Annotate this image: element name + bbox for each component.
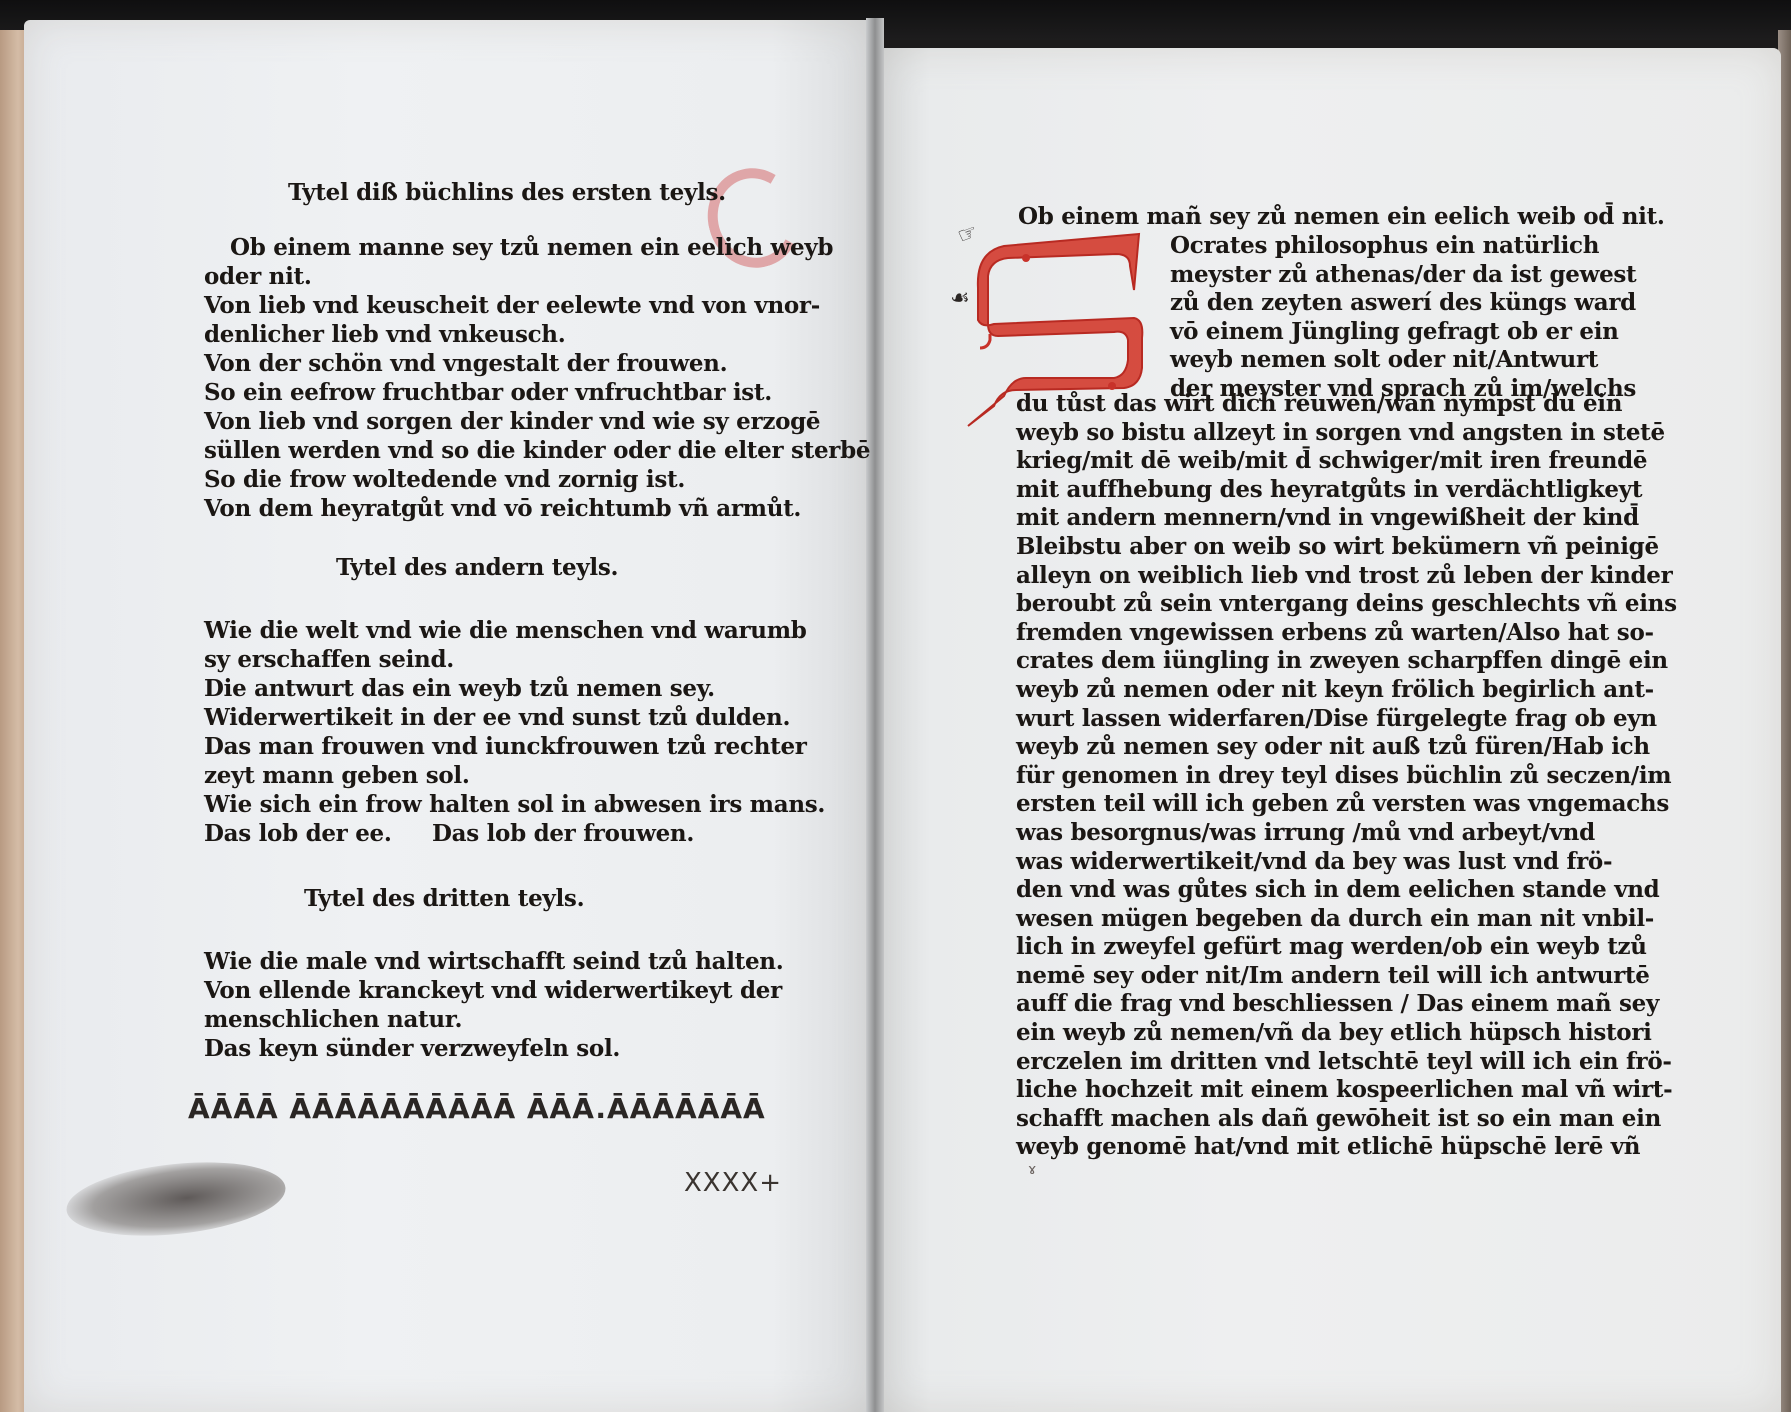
text-line: weyb genomē hat/vnd mit etlichē hüpschē …: [1016, 1133, 1746, 1162]
text-line: erczelen im dritten vnd letschtē teyl wi…: [1016, 1048, 1746, 1077]
text-line: fremden vngewissen erbens zů warten/Also…: [1016, 619, 1746, 648]
text-line: weyb zů nemen oder nit keyn frölich begi…: [1016, 676, 1746, 705]
toc-entry-lob-der-frouwen: Das lob der frouwen.: [432, 819, 694, 848]
text-line: zů den zeyten aswerí des küngs ward: [1170, 289, 1730, 318]
toc-line: Widerwertikeit in der ee vnd sunst tzů d…: [204, 703, 804, 732]
text-line: weyb nemen solt oder nit/Antwurt: [1170, 346, 1730, 375]
toc-line: menschlichen natur.: [204, 1005, 804, 1034]
book-gutter: [866, 18, 884, 1412]
toc-line: Von dem heyratgůt vnd vō reichtumb vñ ar…: [204, 494, 804, 523]
toc-line: So die frow woltedende vnd zornig ist.: [204, 465, 804, 494]
toc-line: süllen werden vnd so die kinder oder die…: [204, 436, 804, 465]
chapter-title-line: Ob einem mañ sey zů nemen ein eelich wei…: [1018, 202, 1738, 231]
toc-line: Von lieb vnd keuscheit der eelewte vnd v…: [204, 291, 804, 320]
part3-heading: Tytel des dritten teyls.: [204, 884, 804, 913]
cross-marks-marginalia: XXXX+: [684, 1168, 782, 1198]
text-line: nemē sey oder nit/Im andern teil will ic…: [1016, 962, 1746, 991]
text-line: ein weyb zů nemen/vñ da bey etlich hüpsc…: [1016, 1019, 1746, 1048]
text-line: weyb zů nemen sey oder nit auß tzů füren…: [1016, 733, 1746, 762]
toc-line: Von der schön vnd vngestalt der frouwen.: [204, 349, 804, 378]
text-line: wesen mügen begeben da durch ein man nit…: [1016, 905, 1746, 934]
toc-line: Wie die male vnd wirtschafft seind tzů h…: [204, 947, 804, 976]
pen-trial-marginalia: ĀĀĀĀ ĀĀĀĀĀĀĀĀĀĀ ĀĀĀ.ĀĀĀĀĀĀĀ: [188, 1092, 848, 1125]
toc-line: Die antwurt das ein weyb tzů nemen sey.: [204, 674, 804, 703]
text-line: wurt lassen widerfaren/Dise fürgelegte f…: [1016, 705, 1746, 734]
text-line: du tůst das wirt dich reuwen/wañ nympst …: [1016, 390, 1746, 419]
text-line: mit auffhebung des heyratgůts in verdäch…: [1016, 476, 1746, 505]
text-line: lich in zweyfel gefürt mag werden/ob ein…: [1016, 933, 1746, 962]
toc-line: Wie sich ein frow halten sol in abwesen …: [204, 790, 804, 819]
text-line: weyb so bistu allzeyt in sorgen vnd angs…: [1016, 419, 1746, 448]
toc-line: denlicher lieb vnd vnkeusch.: [204, 320, 804, 349]
text-line: vō einem Jüngling gefragt ob er ein: [1170, 318, 1730, 347]
toc-line: Das man frouwen vnd iunckfrouwen tzů rec…: [204, 732, 804, 761]
text-line: was besorgnus/was irrung /mů vnd arbeyt/…: [1016, 819, 1746, 848]
part2-heading: Tytel des andern teyls.: [204, 553, 804, 582]
toc-line: oder nit.: [204, 262, 804, 291]
text-line: beroubt zů sein vntergang deins geschlec…: [1016, 590, 1746, 619]
toc-line: Ob einem manne sey tzů nemen ein eelich …: [204, 233, 804, 262]
text-line: auff die frag vnd beschliessen / Das ein…: [1016, 990, 1746, 1019]
text-line: Bleibstu aber on weib so wirt bekümern v…: [1016, 533, 1746, 562]
text-line: meyster zů athenas/der da ist gewest: [1170, 261, 1730, 290]
text-line: den vnd was gůtes sich in dem eelichen s…: [1016, 876, 1746, 905]
text-line: für genomen in drey teyl dises büchlin z…: [1016, 762, 1746, 791]
text-line: crates dem iüngling in zweyen scharpffen…: [1016, 647, 1746, 676]
text-line: liche hochzeit mit einem kospeerlichen m…: [1016, 1076, 1746, 1105]
toc-split-line: Das lob der ee. Das lob der frouwen.: [204, 819, 804, 848]
text-line: Ocrates philosophus ein natürlich: [1170, 232, 1730, 261]
toc-line: Das keyn sünder verzweyfeln sol.: [204, 1034, 804, 1063]
toc-line: So ein eefrow fruchtbar oder vnfruchtbar…: [204, 378, 804, 407]
text-line: alleyn on weiblich lieb vnd trost zů leb…: [1016, 562, 1746, 591]
toc-line: sy erschaffen seind.: [204, 645, 804, 674]
body-text: du tůst das wirt dich reuwen/wañ nympst …: [1016, 390, 1746, 1162]
part1-heading: Tytel diß büchlins des ersten teyls.: [204, 178, 804, 207]
small-ink-mark-icon: ɤ: [1028, 1162, 1036, 1178]
text-line: krieg/mit dē weib/mit d̄ schwiger/mit ir…: [1016, 447, 1746, 476]
toc-line: zeyt mann geben sol.: [204, 761, 804, 790]
table-of-contents: Tytel diß büchlins des ersten teyls. Ob …: [204, 178, 804, 1063]
text-line: schafft machen als dañ gewōheit ist so e…: [1016, 1105, 1746, 1134]
text-beside-initial: Ocrates philosophus ein natürlich meyste…: [1170, 232, 1730, 403]
toc-entry-lob-der-ee: Das lob der ee.: [204, 819, 432, 848]
text-line: mit andern mennern/vnd in vngewißheit de…: [1016, 504, 1746, 533]
toc-line: Wie die welt vnd wie die menschen vnd wa…: [204, 616, 804, 645]
toc-line: Von ellende kranckeyt vnd widerwertikeyt…: [204, 976, 804, 1005]
text-line: was widerwertikeit/vnd da bey was lust v…: [1016, 848, 1746, 877]
toc-line: Von lieb vnd sorgen der kinder vnd wie s…: [204, 407, 804, 436]
text-line: ersten teil will ich geben zů versten wa…: [1016, 790, 1746, 819]
